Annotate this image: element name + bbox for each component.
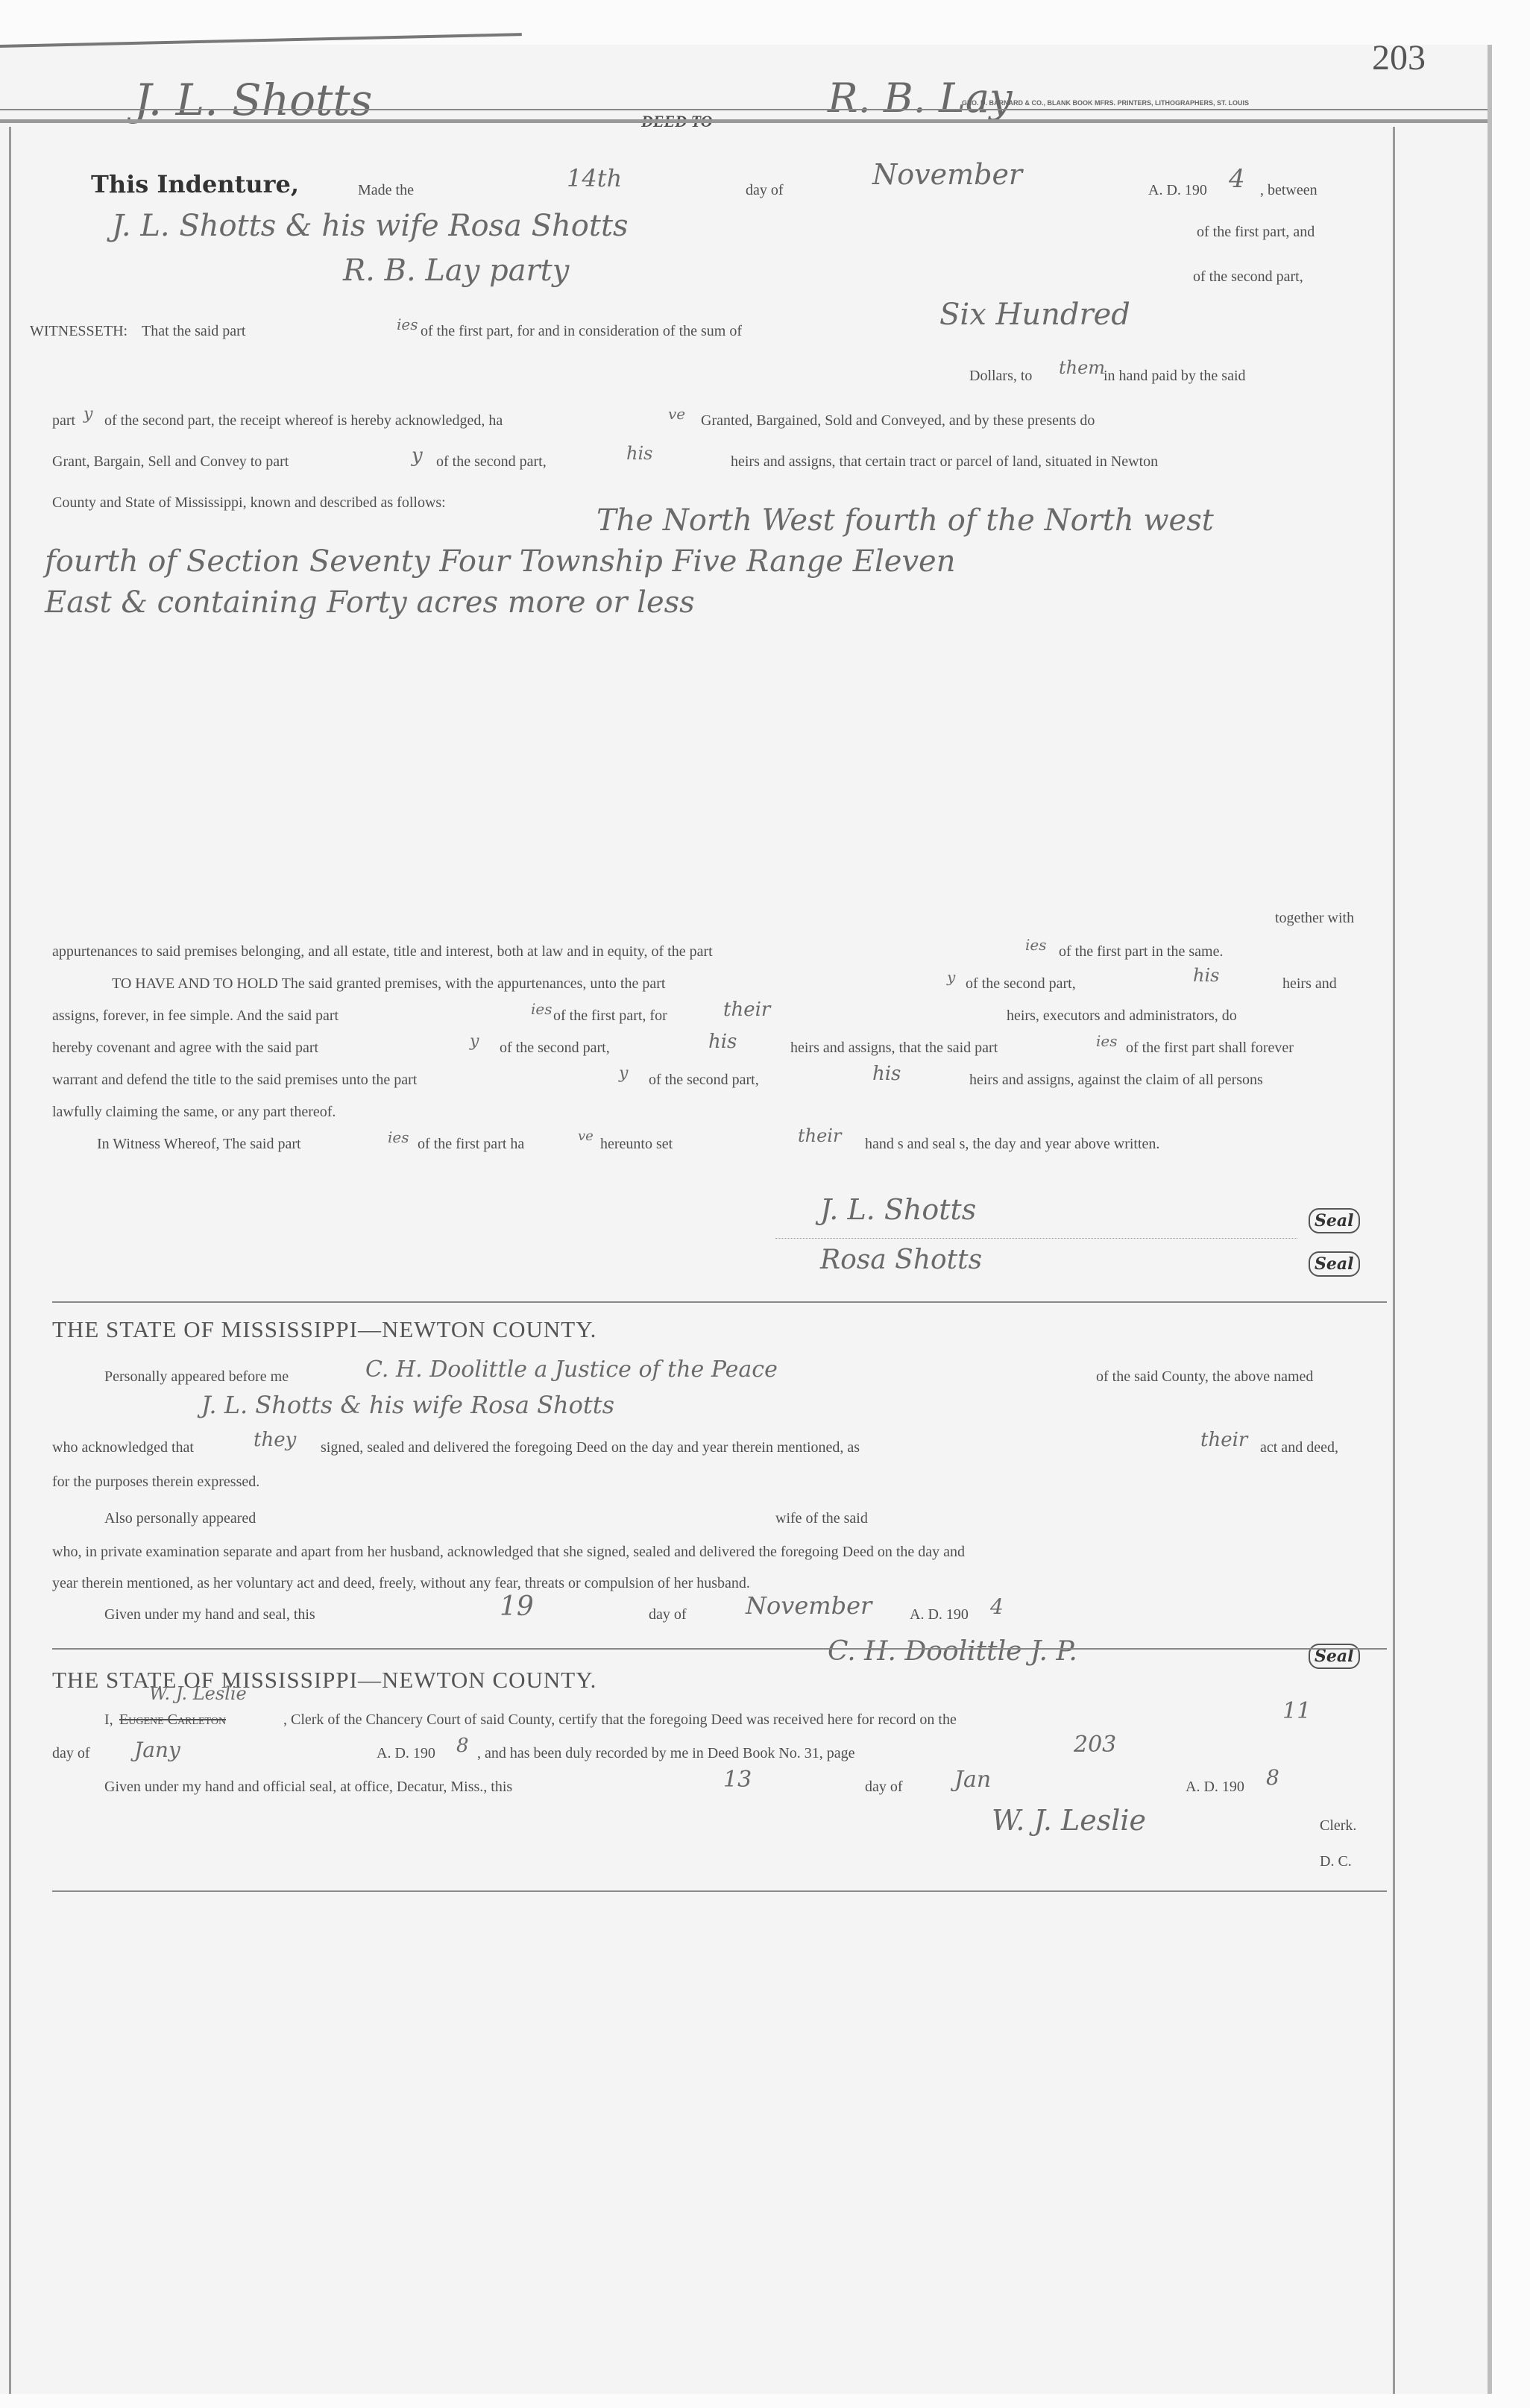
text: , and has been duly recorded by me in De… — [477, 1745, 855, 1762]
text: of the second part, the receipt whereof … — [104, 412, 503, 430]
fill: them — [1059, 357, 1105, 378]
text: Personally appeared before me — [104, 1368, 289, 1386]
text: warrant and defend the title to the said… — [52, 1072, 417, 1089]
acknowledgment-section: THE STATE OF MISSISSIPPI—NEWTON COUNTY. … — [52, 1316, 1372, 1681]
text: Grant, Bargain, Sell and Convey to part — [52, 453, 289, 471]
header-grantee: R. B. Lay — [828, 75, 1013, 122]
habendum-section: together with appurtenances to said prem… — [52, 902, 1372, 1160]
fill: ies — [388, 1128, 409, 1146]
officer-name: C. H. Doolittle a Justice of the Peace — [365, 1357, 778, 1383]
fill: ve — [578, 1128, 594, 1144]
cert-year: 8 — [1266, 1765, 1279, 1790]
text: who acknowledged that — [52, 1439, 194, 1456]
text: of the first part ha — [418, 1136, 524, 1153]
section-divider — [52, 1648, 1387, 1650]
indenture-section: This Indenture, Made the 14th day of Nov… — [30, 164, 1372, 298]
cert-month: Jan — [954, 1767, 991, 1793]
indenture-day: 14th — [567, 164, 622, 192]
text: act and deed, — [1260, 1439, 1338, 1456]
received-day: 11 — [1282, 1698, 1311, 1724]
text: Given under my hand and seal, this — [104, 1606, 315, 1623]
text: Also personally appeared — [104, 1510, 256, 1527]
text: I, — [104, 1711, 113, 1729]
signature-jl-shotts: J. L. Shotts — [820, 1193, 976, 1226]
text: heirs and — [1282, 975, 1337, 993]
header-grantor: J. L. Shotts — [134, 75, 372, 125]
fill: ies — [1025, 936, 1047, 954]
text: Dollars, to — [969, 368, 1032, 385]
received-month: Jany — [134, 1738, 180, 1762]
right-margin-line — [1393, 127, 1395, 2394]
fill: y — [947, 968, 955, 986]
text: hereby covenant and agree with the said … — [52, 1040, 318, 1057]
text: Granted, Bargained, Sold and Conveyed, a… — [701, 412, 1095, 430]
seal-icon: Seal — [1309, 1208, 1360, 1233]
text: day of — [865, 1779, 903, 1796]
land-description: The North West fourth of the North west … — [45, 503, 1372, 626]
dc-label: D. C. — [1320, 1853, 1352, 1870]
text: of the second part, — [649, 1072, 759, 1089]
text: hand s and seal s, the day and year abov… — [865, 1136, 1159, 1153]
fill: y — [619, 1064, 628, 1083]
text: day of — [649, 1606, 687, 1623]
day-of-label: day of — [746, 182, 784, 199]
between-label: , between — [1260, 182, 1317, 199]
indenture-year: 4 — [1229, 164, 1245, 194]
received-year: 8 — [456, 1735, 469, 1757]
ack-month: November — [746, 1591, 872, 1620]
second-party: R. B. Lay party — [343, 254, 569, 288]
text: TO HAVE AND TO HOLD The said granted pre… — [112, 975, 665, 993]
fill: his — [626, 443, 652, 464]
witnesseth-section: WITNESSETH: That the said part ies of th… — [30, 309, 1372, 518]
signature-rosa-shotts: Rosa Shotts — [820, 1245, 982, 1275]
text: A. D. 190 — [910, 1606, 969, 1623]
fill: ies — [1096, 1032, 1118, 1050]
consideration-sum: Six Hundred — [939, 298, 1130, 332]
fill: y — [84, 405, 92, 424]
text: A. D. 190 — [377, 1745, 435, 1762]
text: of the second part, — [436, 453, 547, 471]
seal-icon: Seal — [1309, 1251, 1360, 1277]
made-the-label: Made the — [358, 182, 414, 199]
clerk-signature: W. J. Leslie — [992, 1804, 1146, 1837]
fill: they — [254, 1429, 296, 1451]
fill: ies — [397, 315, 418, 333]
text: who, in private examination separate and… — [52, 1544, 965, 1561]
deed-record-page: J. L. Shotts DEED TO R. B. Lay 203 GEO. … — [0, 45, 1492, 2394]
text: of the first part, for — [553, 1007, 667, 1025]
justice-signature: C. H. Doolittle J. P. — [828, 1636, 1077, 1667]
text: together with — [1275, 910, 1354, 927]
fill: his — [708, 1031, 737, 1053]
certificate-heading: THE STATE OF MISSISSIPPI—NEWTON COUNTY. — [52, 1667, 1372, 1704]
text: hereunto set — [600, 1136, 673, 1153]
fill: his — [872, 1063, 901, 1085]
description-line: fourth of Section Seventy Four Township … — [45, 544, 1372, 585]
text: in hand paid by the said — [1104, 368, 1246, 385]
clerk-certificate: THE STATE OF MISSISSIPPI—NEWTON COUNTY. … — [52, 1667, 1372, 1879]
acknowledgment-heading: THE STATE OF MISSISSIPPI—NEWTON COUNTY. — [52, 1316, 1372, 1361]
fill: their — [723, 999, 770, 1021]
text: , Clerk of the Chancery Court of said Co… — [283, 1711, 957, 1729]
text: for the purposes therein expressed. — [52, 1474, 259, 1491]
indenture-title: This Indenture, — [91, 170, 299, 198]
struck-clerk-name: Eugene Carleton — [119, 1711, 226, 1729]
header-double-rule — [0, 119, 1487, 123]
witnesseth-label: WITNESSETH: — [30, 323, 127, 340]
text: assigns, forever, in fee simple. And the… — [52, 1007, 339, 1025]
text: part — [52, 412, 75, 430]
fill: their — [798, 1125, 841, 1146]
text: of the second part, — [966, 975, 1076, 993]
grantor-signatures: J. L. Shotts Rosa Shotts — [775, 1193, 1297, 1283]
text: of the first part shall forever — [1126, 1040, 1294, 1057]
ack-year: 4 — [990, 1594, 1004, 1619]
text: In Witness Whereof, The said part — [97, 1136, 301, 1153]
text: wife of the said — [775, 1510, 868, 1527]
left-margin-line — [9, 127, 11, 2394]
first-part-label: of the first part, and — [1197, 224, 1315, 241]
text: Given under my hand and official seal, a… — [104, 1779, 512, 1796]
cert-day: 13 — [723, 1767, 752, 1793]
page-edge-line — [0, 33, 522, 48]
text: lawfully claiming the same, or any part … — [52, 1104, 336, 1121]
record-page: 203 — [1074, 1732, 1116, 1758]
text: heirs, executors and administrators, do — [1007, 1007, 1237, 1025]
text: heirs and assigns, against the claim of … — [969, 1072, 1263, 1089]
text: of the second part, — [500, 1040, 610, 1057]
section-divider — [52, 1890, 1387, 1892]
inserted-clerk-name: W. J. Leslie — [149, 1683, 247, 1704]
description-line: The North West fourth of the North west — [45, 503, 1372, 544]
page-number: 203 — [1372, 37, 1426, 78]
text: signed, sealed and delivered the foregoi… — [321, 1439, 860, 1456]
text: appurtenances to said premises belonging… — [52, 943, 713, 961]
ad-label: A. D. 190 — [1148, 182, 1207, 199]
indenture-month: November — [872, 158, 1022, 191]
second-part-label: of the second part, — [1193, 268, 1303, 286]
fill: ve — [668, 405, 685, 423]
text: heirs and assigns, that certain tract or… — [731, 453, 1158, 471]
fill: his — [1193, 965, 1219, 986]
fill: y — [412, 444, 423, 467]
clerk-label: Clerk. — [1320, 1817, 1356, 1835]
section-divider — [52, 1301, 1387, 1303]
printer-imprint: GEO. D. BARNARD & CO., BLANK BOOK MFRS. … — [962, 99, 1249, 107]
first-party: J. L. Shotts & his wife Rosa Shotts — [112, 209, 629, 243]
text: A. D. 190 — [1186, 1779, 1244, 1796]
text: of the said County, the above named — [1096, 1368, 1313, 1386]
header-rule — [0, 109, 1487, 110]
fill: ies — [531, 1000, 552, 1018]
fill: y — [470, 1032, 479, 1051]
text: heirs and assigns, that the said part — [790, 1040, 998, 1057]
text: year therein mentioned, as her voluntary… — [52, 1575, 750, 1592]
description-line: East & containing Forty acres more or le… — [45, 585, 1372, 626]
text: of the first part in the same. — [1059, 943, 1224, 961]
fill: their — [1200, 1429, 1247, 1451]
text: of the first part, for and in considerat… — [421, 323, 742, 340]
acknowledging-parties: J. L. Shotts & his wife Rosa Shotts — [201, 1391, 614, 1419]
ack-day: 19 — [500, 1591, 534, 1622]
text: day of — [52, 1745, 90, 1762]
text: That the said part — [142, 323, 245, 340]
